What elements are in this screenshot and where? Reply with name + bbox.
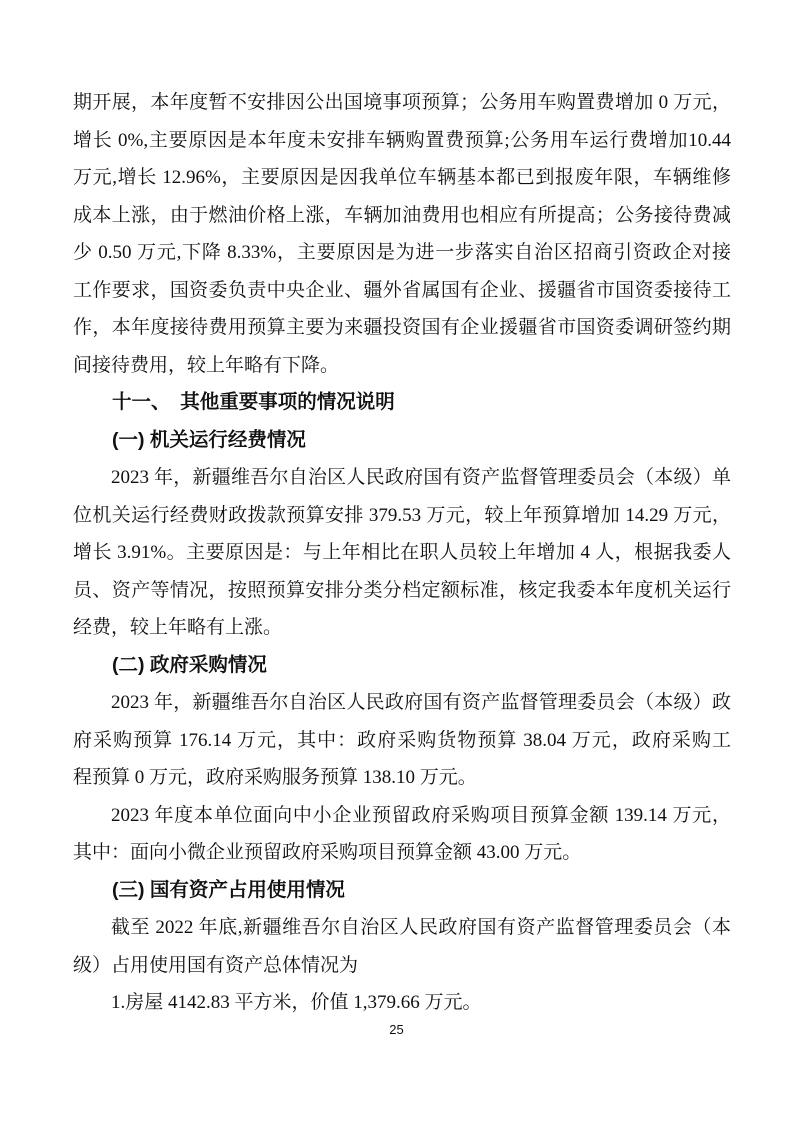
subsection-heading: (二) 政府采购情况 bbox=[73, 647, 731, 685]
paragraph-line: 2023 年，新疆维吾尔自治区人民政府国有资产监督管理委员会（本级）单 bbox=[73, 459, 731, 497]
paragraph-line: 增长 0%,主要原因是本年度未安排车辆购置费预算;公务用车运行费增加10.44 bbox=[73, 122, 731, 160]
document-body: 期开展，本年度暂不安排因公出国境事项预算；公务用车购置费增加 0 万元，增长 0… bbox=[73, 84, 731, 1022]
paragraph-line: 间接待费用，较上年略有下降。 bbox=[73, 347, 731, 385]
subsection-heading: (三) 国有资产占用使用情况 bbox=[73, 872, 731, 910]
paragraph-line: 期开展，本年度暂不安排因公出国境事项预算；公务用车购置费增加 0 万元， bbox=[73, 84, 731, 122]
paragraph-line: 位机关运行经费财政拨款预算安排 379.53 万元，较上年预算增加 14.29 … bbox=[73, 497, 731, 535]
paragraph-line: 程预算 0 万元，政府采购服务预算 138.10 万元。 bbox=[73, 759, 731, 797]
paragraph-line: 少 0.50 万元,下降 8.33%，主要原因是为进一步落实自治区招商引资政企对… bbox=[73, 234, 731, 272]
subsection-heading: (一) 机关运行经费情况 bbox=[73, 422, 731, 460]
paragraph-line: 增长 3.91%。主要原因是：与上年相比在职人员较上年增加 4 人，根据我委人 bbox=[73, 534, 731, 572]
section-heading: 十一、 其他重要事项的情况说明 bbox=[73, 384, 731, 422]
paragraph-line: 万元,增长 12.96%，主要原因是因我单位车辆基本都已到报废年限，车辆维修 bbox=[73, 159, 731, 197]
paragraph-line: 经费，较上年略有上涨。 bbox=[73, 609, 731, 647]
paragraph-line: 府采购预算 176.14 万元，其中：政府采购货物预算 38.04 万元，政府采… bbox=[73, 722, 731, 760]
paragraph-line: 员、资产等情况，按照预算安排分类分档定额标准，核定我委本年度机关运行 bbox=[73, 572, 731, 610]
paragraph-line: 其中：面向小微企业预留政府采购项目预算金额 43.00 万元。 bbox=[73, 834, 731, 872]
page-number: 25 bbox=[0, 1022, 793, 1037]
document-page: 期开展，本年度暂不安排因公出国境事项预算；公务用车购置费增加 0 万元，增长 0… bbox=[0, 0, 793, 1122]
paragraph-line: 工作要求，国资委负责中央企业、疆外省属国有企业、援疆省市国资委接待工 bbox=[73, 272, 731, 310]
paragraph-line: 2023 年度本单位面向中小企业预留政府采购项目预算金额 139.14 万元， bbox=[73, 797, 731, 835]
paragraph-line: 截至 2022 年底,新疆维吾尔自治区人民政府国有资产监督管理委员会（本 bbox=[73, 909, 731, 947]
paragraph-line: 成本上涨，由于燃油价格上涨，车辆加油费用也相应有所提高；公务接待费减 bbox=[73, 197, 731, 235]
paragraph-line: 2023 年，新疆维吾尔自治区人民政府国有资产监督管理委员会（本级）政 bbox=[73, 684, 731, 722]
paragraph-line: 级）占用使用国有资产总体情况为 bbox=[73, 947, 731, 985]
paragraph-line: 作，本年度接待费用预算主要为来疆投资国有企业援疆省市国资委调研签约期 bbox=[73, 309, 731, 347]
paragraph-line: 1.房屋 4142.83 平方米，价值 1,379.66 万元。 bbox=[73, 984, 731, 1022]
